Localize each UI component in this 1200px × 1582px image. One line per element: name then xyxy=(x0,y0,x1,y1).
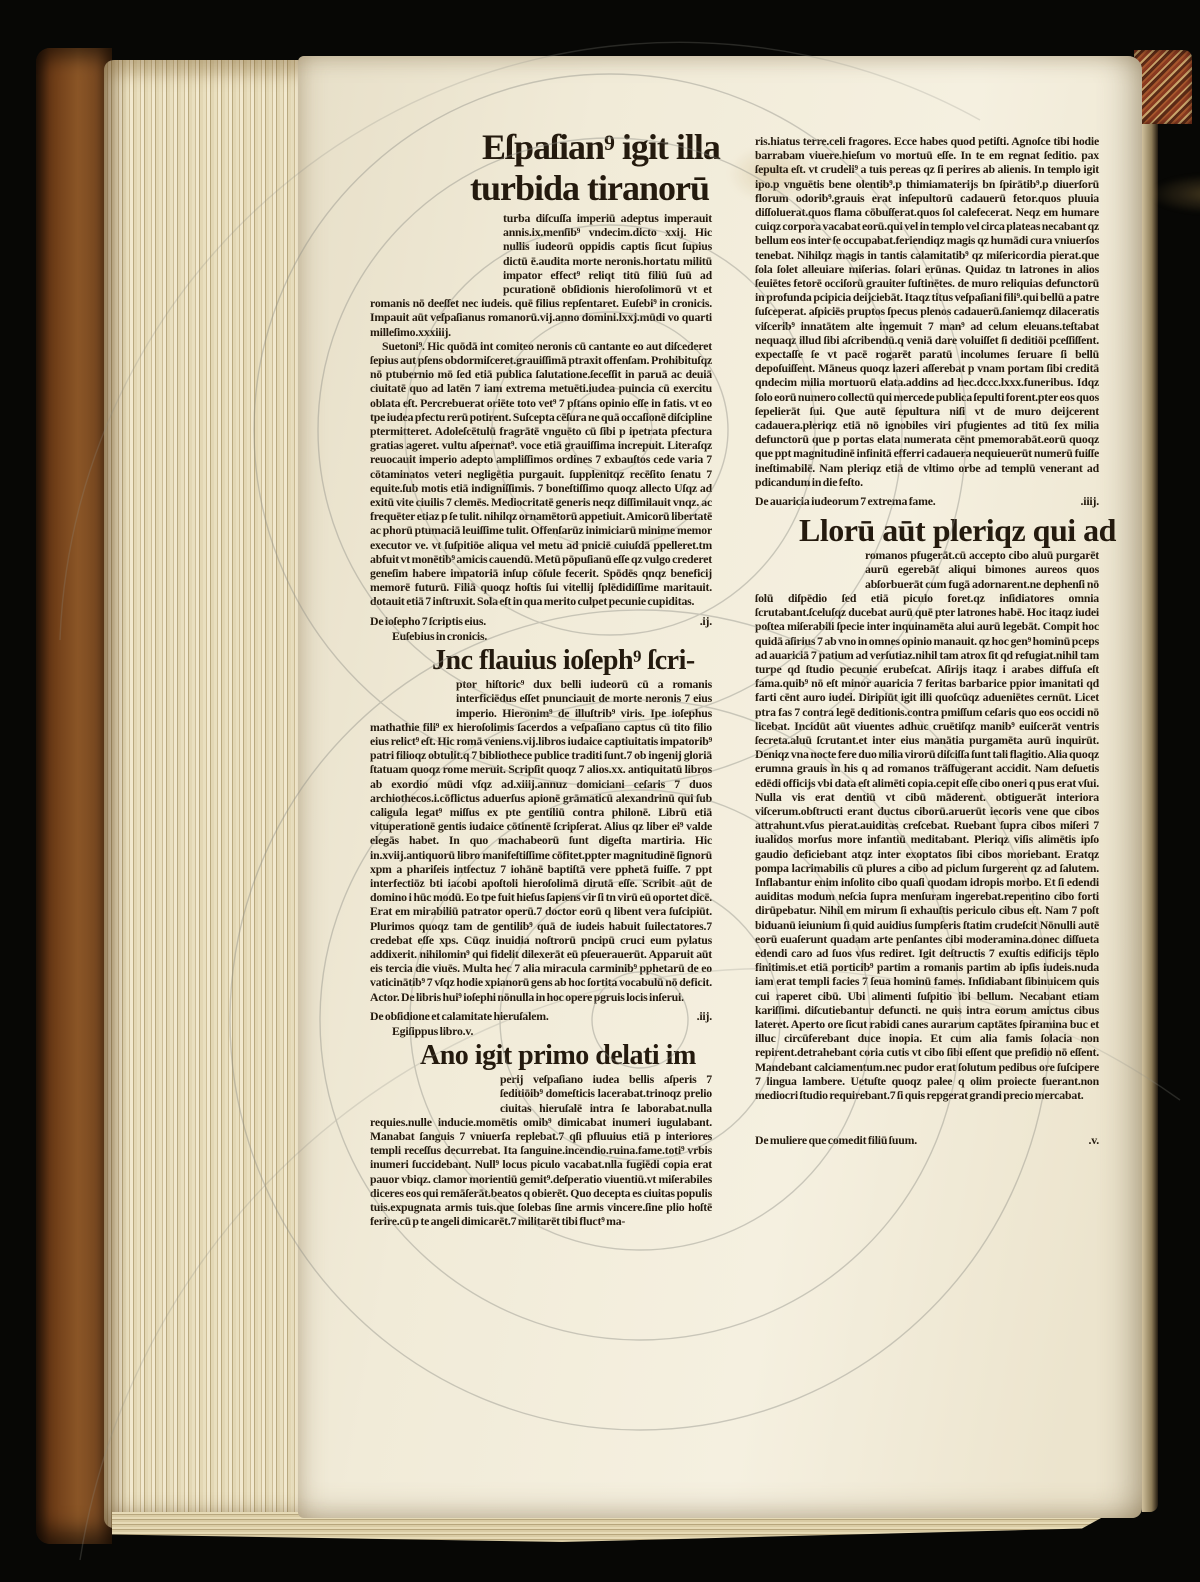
section-label: De obſidione et calamitate hieruſalem. xyxy=(370,1009,549,1023)
section-heading-row: De obſidione et calamitate hieruſalem. .… xyxy=(370,1009,712,1023)
book-photo: Eſpaſian⁹ igit illa turbida tiranorū tur… xyxy=(0,0,1200,1582)
paragraph-josephus: ptor hiſtoric⁹ dux belli iudeorū cū a ro… xyxy=(370,677,712,1004)
section-heading-row: De auaricia iudeorum 7 extrema fame. .ii… xyxy=(755,494,1099,508)
right-text-column: ris.hiatus terre.celi fragores. Ecce hab… xyxy=(755,134,1099,1148)
leather-spine xyxy=(36,48,112,1544)
paragraph-suetonius: Suetoni⁹. Hic quōdā int comiteo neronis … xyxy=(370,339,712,609)
chapter-heading-anno: Ano igit primo delati im xyxy=(420,1040,712,1072)
section-heading-row: De ioſepho 7 ſcriptis eius. .ij. xyxy=(370,614,712,628)
section-label: De muliere que comedit filiū ſuum. xyxy=(755,1133,917,1147)
section-heading-row: De muliere que comedit filiū ſuum. .v. xyxy=(755,1133,1099,1147)
chapter-heading-josephus: Jnc flauius ioſeph⁹ ſcri- xyxy=(432,645,712,677)
marbled-board-corner xyxy=(1134,50,1192,124)
heading-indent-spacer xyxy=(370,677,456,706)
section-number: .ij. xyxy=(700,614,712,628)
section-number: .v. xyxy=(1088,1133,1099,1147)
section-number: .iij. xyxy=(697,1009,712,1023)
blank-space xyxy=(755,1102,1099,1128)
right-page-sliver xyxy=(1142,64,1158,1512)
chapter-heading-illorum: Llorū aūt pleriqz qui ad xyxy=(799,512,1099,548)
paragraph-text: laborabat.nulla requies.nulle inducie.mo… xyxy=(370,1101,712,1229)
heading-indent-spacer xyxy=(755,548,865,577)
paragraph-text: Hieronim⁹ de illuſtrib⁹ viris. Ipe ioſep… xyxy=(370,706,712,1004)
page-edges-stack xyxy=(104,60,310,1528)
section-source: Egiſippus libro.v. xyxy=(392,1024,712,1038)
chapter-heading-vespasian-line1: Eſpaſian⁹ igit illa xyxy=(482,129,712,166)
paragraph-siege: perij veſpaſiano iudea bellis aſperis 7 … xyxy=(370,1072,712,1228)
paragraph-avarice: romanos pfugerāt.cū accepto cibo aluū pu… xyxy=(755,548,1099,1102)
paragraph-continuation: ris.hiatus terre.celi fragores. Ecce hab… xyxy=(755,134,1099,489)
section-number: .iiij. xyxy=(1081,494,1099,508)
open-page: Eſpaſian⁹ igit illa turbida tiranorū tur… xyxy=(298,56,1142,1518)
section-source: Euſebius in cronicis. xyxy=(392,629,712,643)
section-label: De auaricia iudeorum 7 extrema fame. xyxy=(755,494,936,508)
section-label: De ioſepho 7 ſcriptis eius. xyxy=(370,614,486,628)
paragraph-text: cum fugā adornarent.ne dephenſi nō ſolū … xyxy=(755,577,1099,1102)
chapter-heading-vespasian-line2: turbida tiranorū xyxy=(470,170,712,207)
paragraph-vespasian: turba diſcuſſa imperiū adeptus imperauit… xyxy=(370,211,712,339)
left-text-column: Eſpaſian⁹ igit illa turbida tiranorū tur… xyxy=(370,129,712,1228)
heading-indent-spacer xyxy=(370,1072,500,1101)
heading-indent-spacer xyxy=(370,211,503,296)
